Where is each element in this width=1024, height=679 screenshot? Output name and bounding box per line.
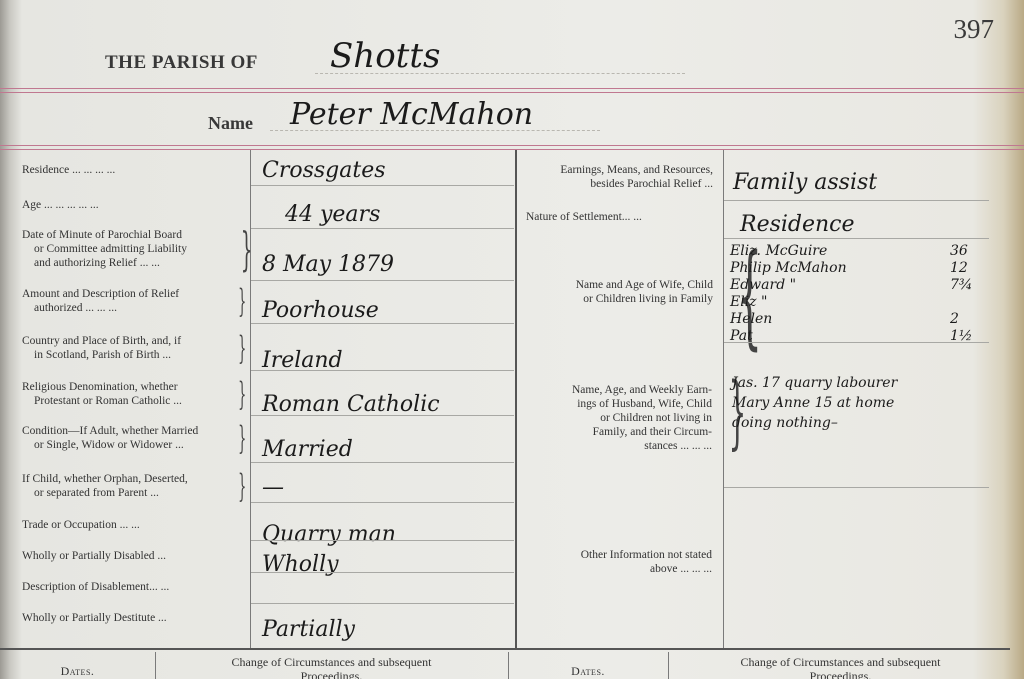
family-member-age: 36 [950,243,968,259]
settlement-label: Nature of Settlement... ... [526,210,642,224]
field-value: Wholly [262,552,339,577]
label-line: Date of Minute of Parochial Board [22,228,232,242]
field-label: Amount and Description of Reliefauthoriz… [22,287,232,315]
row-line [251,185,514,186]
field-label: If Child, whether Orphan, Deserted,or se… [22,472,232,500]
row-line [251,603,514,604]
field-label: Country and Place of Birth, and, ifin Sc… [22,334,232,362]
family-member-age: 7¾ [950,277,972,293]
label-line: Change of Circumstances and subsequent [232,655,432,669]
field-label: Wholly or Partially Destitute ... [22,611,232,625]
field-label: Trade or Occupation ... ... [22,518,232,532]
parish-value: Shotts [330,36,440,76]
footer-change-left: Change of Circumstances and subsequent P… [155,655,508,679]
row-line [724,342,989,343]
label-line: If Child, whether Orphan, Deserted, [22,472,232,486]
field-value: Crossgates [262,158,386,183]
label-line: Wholly or Partially Disabled ... [22,549,232,563]
label-line: above ... ... ... [650,563,712,575]
field-value: — [262,475,284,500]
label-line: Age ... ... ... ... ... [22,198,232,212]
brace-icon: } [238,378,246,410]
row-line [724,487,989,488]
row-line [251,462,514,463]
brace-icon: } [238,332,246,364]
label-line: Country and Place of Birth, and, if [22,334,232,348]
page-number: 397 [954,14,995,45]
row-line [724,238,989,239]
row-line [251,228,514,229]
row-line [724,200,989,201]
family-not-living-label: Name, Age, and Weekly Earn- ings of Husb… [527,383,712,453]
field-value: Married [262,437,353,462]
label-line: or separated from Parent ... [22,486,232,500]
row-line [251,502,514,503]
label-line: Proceedings. [810,669,872,679]
footer-dates-right: Dates. [508,664,668,679]
field-value: 8 May 1879 [262,252,394,277]
label-line: ings of Husband, Wife, Child [577,398,712,410]
label-line: or Committee admitting Liability [22,242,232,256]
family-member-name: Eliz. McGuire [730,243,827,259]
family-member-name: Edward " [730,277,796,293]
brace-icon: } [238,285,246,317]
row-line [251,323,514,324]
family-living-label-line: Name and Age of Wife, Child [576,279,713,291]
earnings-label: Earnings, Means, and Resources, besides … [528,163,713,191]
field-value: 44 years [285,202,380,227]
earnings-value: Family assist [733,170,877,195]
field-label: Date of Minute of Parochial Boardor Comm… [22,228,232,270]
earnings-label-line: besides Parochial Relief ... [590,178,713,190]
field-value: Roman Catholic [262,392,440,417]
label-line: or Single, Widow or Widower ... [22,438,232,452]
field-label: Residence ... ... ... ... [22,163,232,177]
family-member-name: Eliz " [730,294,767,310]
family-member-name: Philip McMahon [730,260,847,276]
row-line [251,572,514,573]
red-rule-bottom [0,145,1024,150]
name-label: Name [208,113,253,134]
red-rule-top [0,88,1024,93]
row-line [251,540,514,541]
family-member-age: 2 [950,311,959,327]
label-line: in Scotland, Parish of Birth ... [22,348,232,362]
label-line: Amount and Description of Relief [22,287,232,301]
parish-label: THE PARISH OF [105,52,258,74]
field-value: Poorhouse [262,298,379,323]
field-value: Partially [262,617,355,642]
label-line: Other Information not stated [581,549,712,561]
label-line: Wholly or Partially Destitute ... [22,611,232,625]
label-line: authorized ... ... ... [22,301,232,315]
footer-dates-left: Dates. [0,664,155,679]
label-line: and authorizing Relief ... ... [22,256,232,270]
family-not-living-value: Jas. 17 quarry labourer Mary Anne 15 at … [732,373,897,433]
family-living-label: Name and Age of Wife, Child or Children … [528,278,713,306]
column-divider-2 [515,150,517,648]
column-divider-3 [723,150,724,648]
field-value: Quarry man [262,522,396,547]
family-member-name: Helen [730,311,772,327]
row-line [251,415,514,416]
name-underline [270,130,600,131]
brace-icon: } [238,470,246,502]
brace-icon: } [241,226,253,272]
field-label: Condition—If Adult, whether Marriedor Si… [22,424,232,452]
value-line: doing nothing– [732,413,897,433]
field-label: Religious Denomination, whetherProtestan… [22,380,232,408]
label-line: Description of Disablement... ... [22,580,232,594]
field-label: Wholly or Partially Disabled ... [22,549,232,563]
field-label: Description of Disablement... ... [22,580,232,594]
label-line: Residence ... ... ... ... [22,163,232,177]
label-line: Change of Circumstances and subsequent [741,655,941,669]
brace-icon: } [238,422,246,454]
name-value: Peter McMahon [290,97,533,132]
footer-change-right: Change of Circumstances and subsequent P… [668,655,1013,679]
earnings-label-line: Earnings, Means, and Resources, [560,164,713,176]
row-line [251,370,514,371]
label-line: stances ... ... ... [644,440,712,452]
value-line: Jas. 17 quarry labourer [732,373,897,393]
field-label: Age ... ... ... ... ... [22,198,232,212]
label-line: Protestant or Roman Catholic ... [22,394,232,408]
label-line: Name, Age, and Weekly Earn- [572,384,712,396]
label-line: Trade or Occupation ... ... [22,518,232,532]
footer-rule [0,648,1010,650]
label-line: Family, and their Circum- [593,426,712,438]
family-living-label-line: or Children living in Family [583,293,713,305]
label-line: Condition—If Adult, whether Married [22,424,232,438]
parish-underline [315,73,685,74]
other-info-label: Other Information not stated above ... .… [527,548,712,576]
family-member-age: 12 [950,260,968,276]
value-line: Mary Anne 15 at home [732,393,897,413]
label-line: or Children not living in [600,412,712,424]
row-line [251,280,514,281]
label-line: Proceedings. [301,669,363,679]
label-line: Religious Denomination, whether [22,380,232,394]
